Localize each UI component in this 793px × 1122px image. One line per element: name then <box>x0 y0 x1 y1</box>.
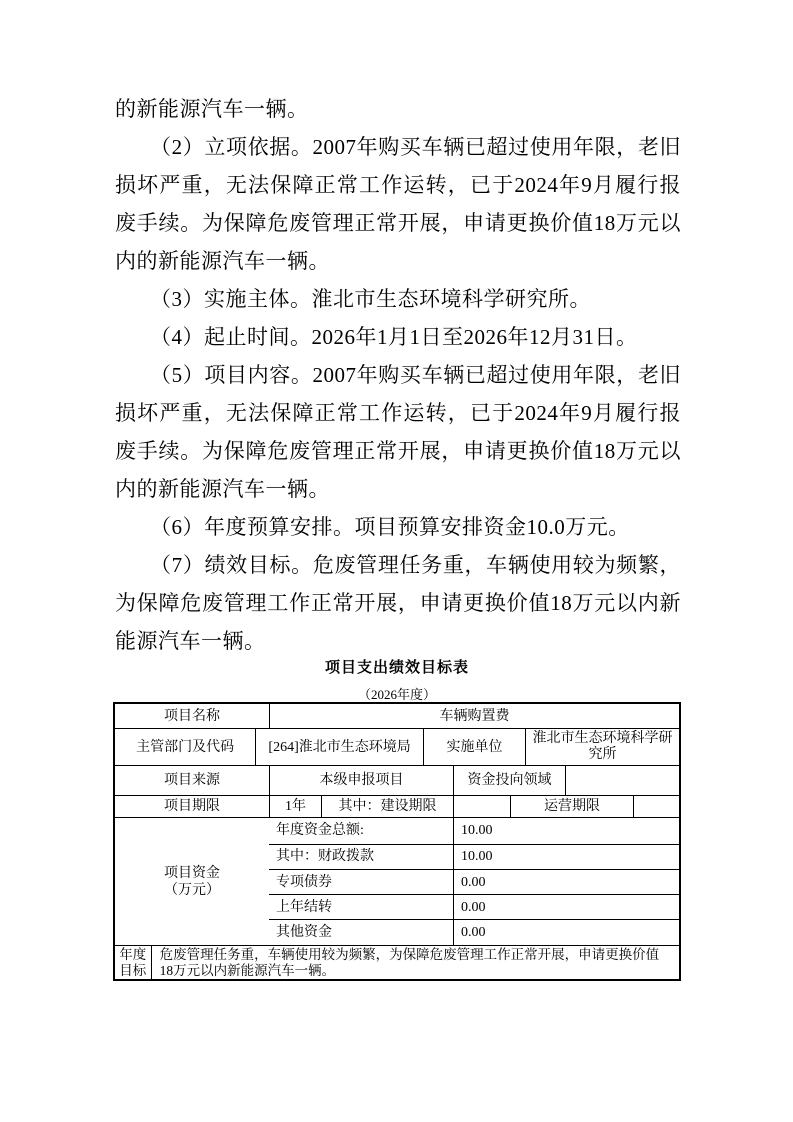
cell-impl-label: 实施单位 <box>423 729 525 765</box>
cell-source-label: 项目来源 <box>115 766 269 795</box>
cell-fund-name: 专项债券 <box>269 870 453 895</box>
table-row-period: 项目期限 1年 其中：建设期限 运营期限 <box>115 795 679 817</box>
cell-project-name-label: 项目名称 <box>115 704 269 728</box>
cell-fund-value: 0.00 <box>453 895 679 919</box>
cell-impl-value: 淮北市生态环境科学研究所 <box>525 729 679 765</box>
cell-build-period-value <box>453 796 510 817</box>
table-row-source: 项目来源 本级申报项目 资金投向领域 <box>115 765 679 795</box>
funds-row-bonds: 专项债券 0.00 <box>269 869 679 895</box>
cell-fund-value: 10.00 <box>453 818 679 844</box>
funds-subtable: 年度资金总额: 10.00 其中：财政拨款 10.00 专项债券 0.00 上年… <box>269 818 679 945</box>
cell-source-value: 本级申报项目 <box>269 766 453 795</box>
cell-goal-text: 危废管理任务重，车辆使用较为频繁，为保障危废管理工作正常开展，申请更换价值18万… <box>151 946 679 979</box>
cell-period-value: 1年 <box>269 796 321 817</box>
paragraph-5-content: （5）项目内容。2007年购买车辆已超过使用年限，老旧损坏严重，无法保障正常工作… <box>115 356 681 508</box>
paragraph-7-performance: （7）绩效目标。危废管理任务重，车辆使用较为频繁，为保障危废管理工作正常开展，申… <box>115 546 681 660</box>
paragraph-6-budget: （6）年度预算安排。项目预算安排资金10.0万元。 <box>115 508 681 546</box>
goal-label-line1: 年度 <box>119 947 146 963</box>
paragraph-4-timeframe: （4）起止时间。2026年1月1日至2026年12月31日。 <box>115 318 681 356</box>
document-page: 的新能源汽车一辆。 （2）立项依据。2007年购买车辆已超过使用年限，老旧损坏严… <box>0 0 793 1122</box>
funds-label-line1: 项目资金 <box>164 865 220 882</box>
cell-project-name-value: 车辆购置费 <box>269 704 679 728</box>
cell-fund-name: 其他资金 <box>269 920 453 945</box>
funds-row-carryover: 上年结转 0.00 <box>269 894 679 919</box>
cell-dept-label: 主管部门及代码 <box>115 729 255 765</box>
funds-row-fiscal: 其中：财政拨款 10.00 <box>269 844 679 869</box>
table-row-funds: 项目资金 （万元） 年度资金总额: 10.00 其中：财政拨款 10.00 专项… <box>115 817 679 945</box>
body-text: 的新能源汽车一辆。 （2）立项依据。2007年购买车辆已超过使用年限，老旧损坏严… <box>115 90 681 660</box>
cell-invest-value <box>565 766 679 795</box>
table-title: 项目支出绩效目标表 <box>113 656 681 677</box>
paragraph-continuation: 的新能源汽车一辆。 <box>115 90 681 128</box>
cell-goal-label: 年度 目标 <box>115 946 151 979</box>
cell-fund-name: 其中：财政拨款 <box>269 845 453 869</box>
cell-period-label: 项目期限 <box>115 796 269 817</box>
table-row-project-name: 项目名称 车辆购置费 <box>115 704 679 728</box>
cell-fund-value: 10.00 <box>453 845 679 869</box>
cell-fund-value: 0.00 <box>453 920 679 945</box>
cell-oper-period-label: 运营期限 <box>510 796 633 817</box>
cell-funds-label: 项目资金 （万元） <box>115 818 269 945</box>
cell-fund-name: 年度资金总额: <box>269 818 453 844</box>
table-subtitle: （2026年度） <box>113 684 681 703</box>
cell-fund-value: 0.00 <box>453 870 679 895</box>
goal-label-line2: 目标 <box>119 963 146 979</box>
paragraph-3-implementer: （3）实施主体。淮北市生态环境科学研究所。 <box>115 280 681 318</box>
performance-target-table: 项目名称 车辆购置费 主管部门及代码 [264]淮北市生态环境局 实施单位 淮北… <box>113 702 681 981</box>
funds-label-line2: （万元） <box>164 882 220 899</box>
table-row-department: 主管部门及代码 [264]淮北市生态环境局 实施单位 淮北市生态环境科学研究所 <box>115 728 679 765</box>
cell-build-period-label: 其中：建设期限 <box>321 796 453 817</box>
cell-dept-value: [264]淮北市生态环境局 <box>255 729 423 765</box>
cell-fund-name: 上年结转 <box>269 895 453 919</box>
paragraph-2-basis: （2）立项依据。2007年购买车辆已超过使用年限，老旧损坏严重，无法保障正常工作… <box>115 128 681 280</box>
funds-row-other: 其他资金 0.00 <box>269 919 679 945</box>
cell-invest-label: 资金投向领域 <box>453 766 565 795</box>
cell-oper-period-value <box>633 796 679 817</box>
table-row-annual-goal: 年度 目标 危废管理任务重，车辆使用较为频繁，为保障危废管理工作正常开展，申请更… <box>115 945 679 979</box>
funds-row-total: 年度资金总额: 10.00 <box>269 818 679 844</box>
